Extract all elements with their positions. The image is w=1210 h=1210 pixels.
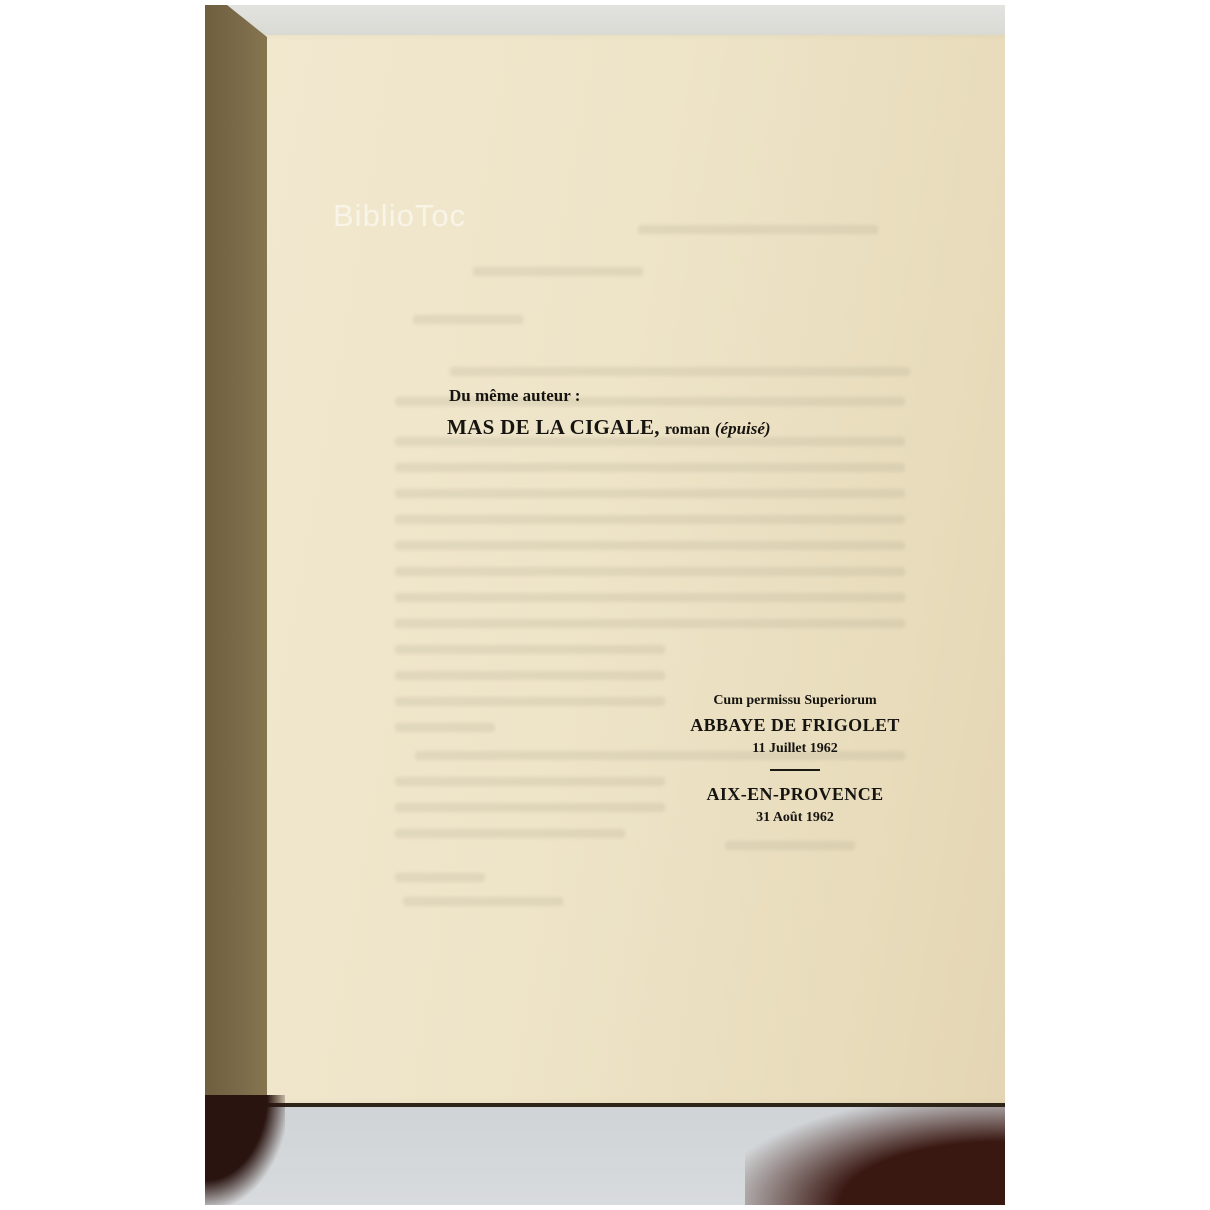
permission-line: Cum permissu Superiorum [675, 690, 915, 712]
show-through-line [395, 873, 485, 882]
show-through-line [403, 897, 563, 906]
show-through-line [395, 593, 905, 602]
first-date: 11 Juillet 1962 [675, 738, 915, 760]
background-top [205, 5, 1005, 39]
show-through-line [395, 463, 905, 472]
show-through-line [413, 315, 523, 324]
show-through-line [395, 567, 905, 576]
show-through-line [395, 645, 665, 654]
book-status: (épuisé) [715, 419, 771, 438]
show-through-line [638, 225, 878, 234]
show-through-line [395, 671, 665, 680]
show-through-line [395, 803, 665, 812]
book-entry: MAS DE LA CIGALE, roman (épuisé) [447, 412, 771, 445]
show-through-line [395, 515, 905, 524]
shadow [205, 1095, 285, 1205]
show-through-line [450, 367, 910, 376]
book-page: BiblioToc Du même auteur : MAS DE LA CIG… [245, 35, 1005, 1107]
show-through-line [395, 697, 665, 706]
shadow [745, 1105, 1005, 1205]
show-through-line [725, 841, 855, 850]
show-through-line [395, 541, 905, 550]
watermark: BiblioToc [333, 198, 466, 234]
book-genre: roman [665, 421, 710, 438]
imprimatur-block: Cum permissu Superiorum ABBAYE DE FRIGOL… [675, 690, 915, 829]
show-through-line [473, 267, 643, 276]
show-through-line [395, 619, 905, 628]
show-through-line [395, 723, 495, 732]
second-date: 31 Août 1962 [675, 807, 915, 829]
first-place: ABBAYE DE FRIGOLET [675, 712, 915, 738]
author-label: Du même auteur : [449, 385, 771, 407]
other-works-section: Du même auteur : MAS DE LA CIGALE, roman… [447, 385, 771, 445]
book-cover-edge [205, 5, 267, 1205]
divider [770, 769, 820, 771]
book-title: MAS DE LA CIGALE, [447, 415, 660, 439]
show-through-line [395, 489, 905, 498]
book-photo: BiblioToc Du même auteur : MAS DE LA CIG… [205, 5, 1005, 1205]
second-place: AIX-EN-PROVENCE [675, 781, 915, 807]
show-through-line [395, 777, 665, 786]
show-through-line [395, 829, 625, 838]
